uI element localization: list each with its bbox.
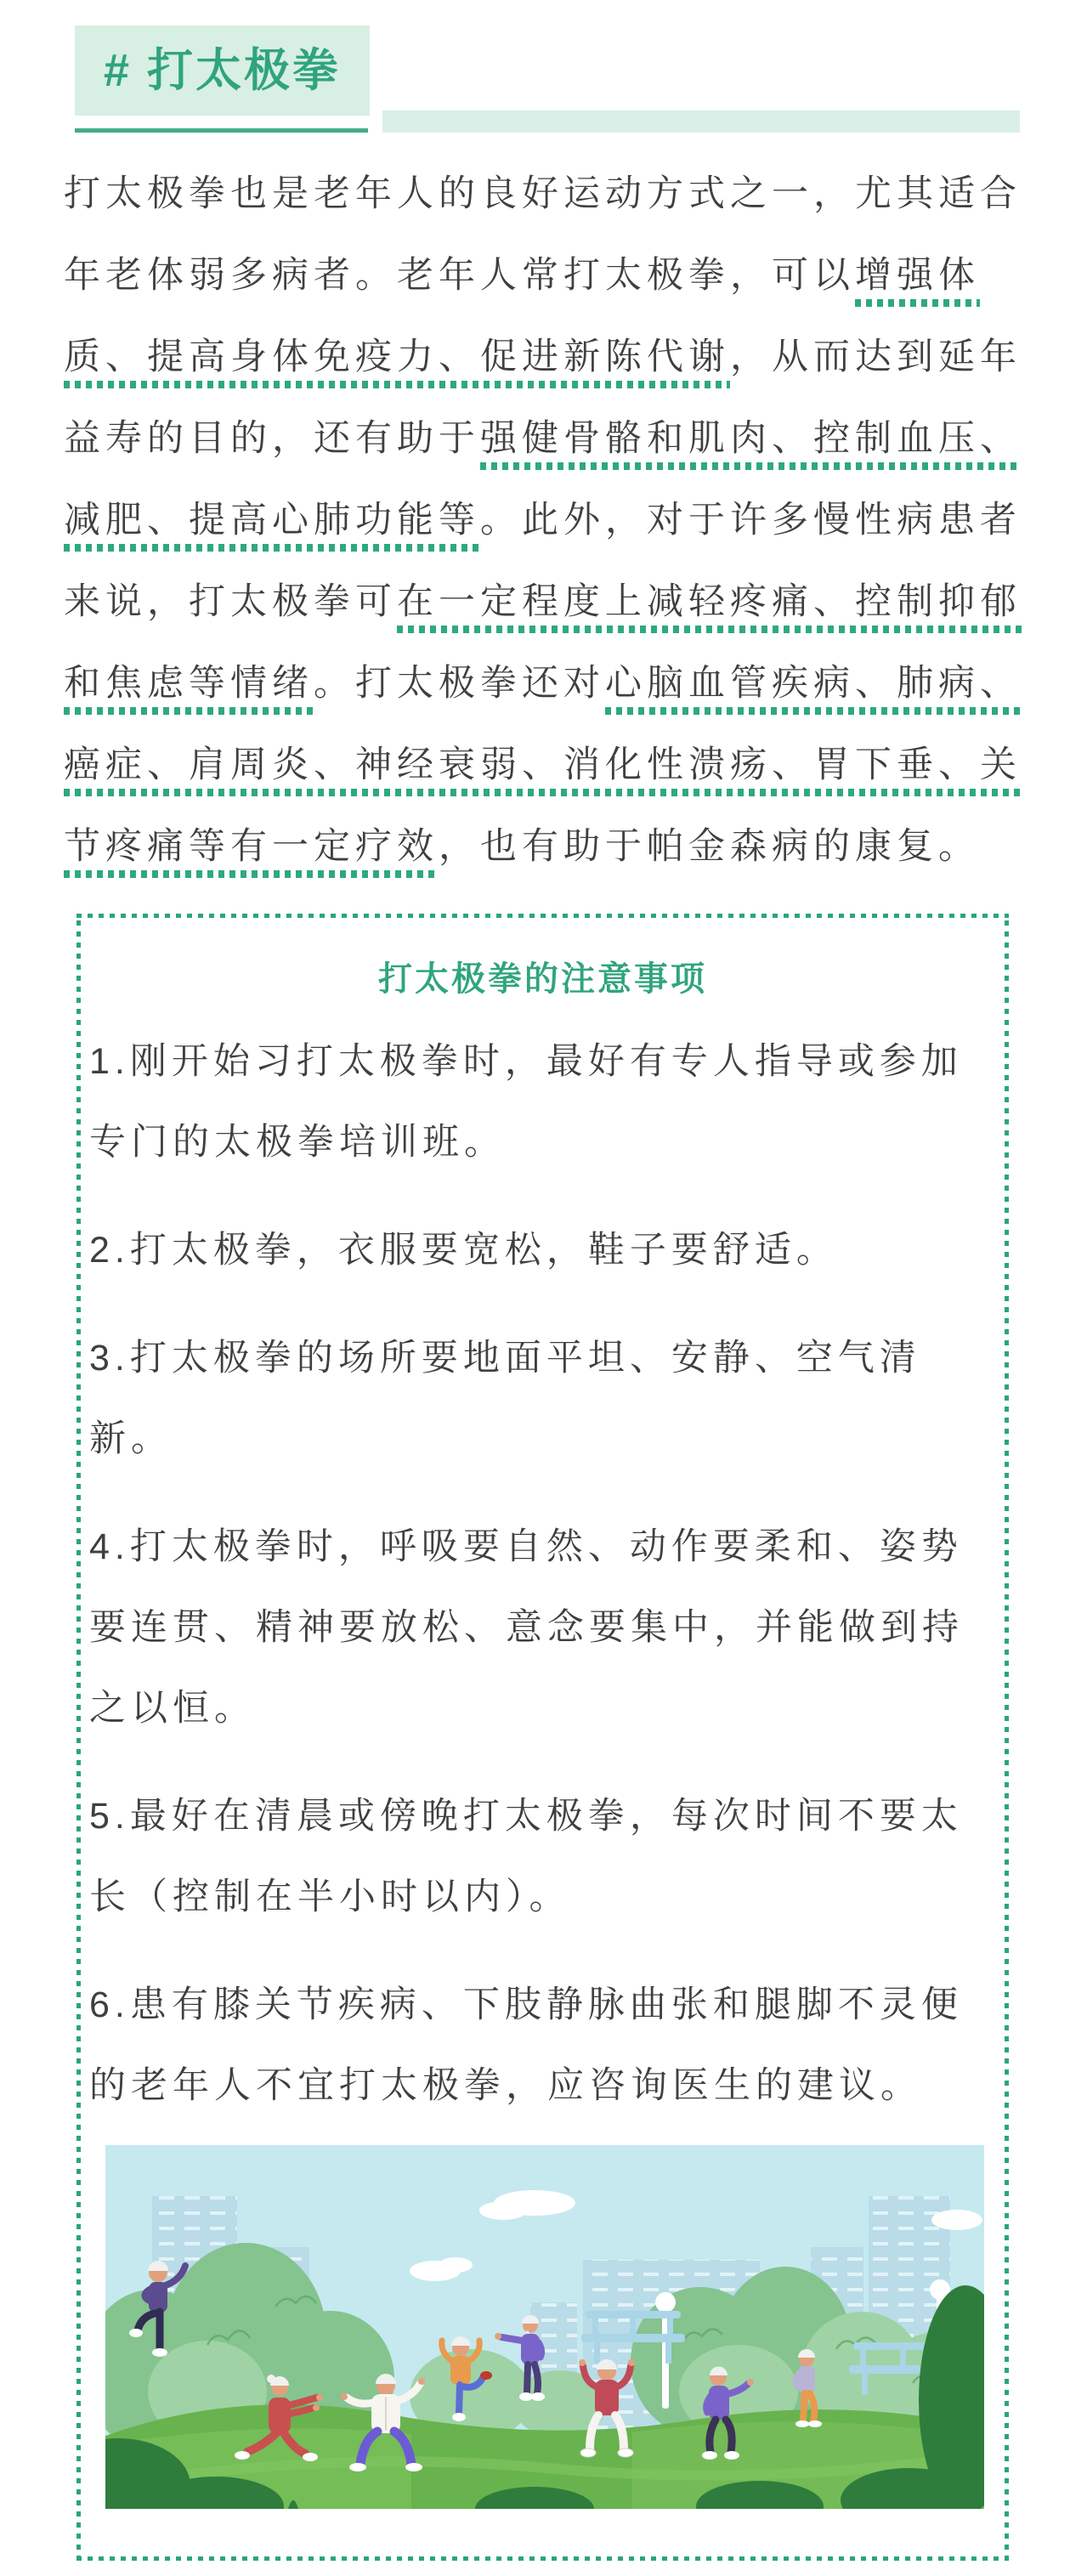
article-line: 打太极拳也是老年人的良好运动方式之一，尤其适合 xyxy=(64,153,1026,235)
underlined-phrase: 节疼痛等有一定疗效 xyxy=(64,826,439,878)
article-paragraph: 打太极拳也是老年人的良好运动方式之一，尤其适合年老体弱多病者。老年人常打太极拳，… xyxy=(64,153,1026,887)
notice-item: 6.患有膝关节疾病、下肢静脉曲张和腿脚不灵便的老年人不宜打太极拳，应咨询医生的建… xyxy=(89,1965,997,2126)
article-page: # 打太极拳 打太极拳也是老年人的良好运动方式之一，尤其适合年老体弱多病者。老年… xyxy=(0,0,1087,2576)
underlined-phrase: 在一定程度上减轻疼痛、控制抑郁 xyxy=(397,581,1022,633)
notice-item-line: 5.最好在清晨或傍晚打太极拳，每次时间不要太 xyxy=(89,1776,997,1857)
text-run: 。此外，对于许多慢性病患者 xyxy=(480,500,1022,541)
park-illustration-svg xyxy=(105,2145,984,2509)
park-illustration xyxy=(105,2145,984,2509)
notice-item-line: 4.打太极拳时，呼吸要自然、动作要柔和、姿势 xyxy=(89,1507,997,1588)
notice-item-line: 专门的太极拳培训班。 xyxy=(89,1102,997,1183)
text-run: 年老体弱多病者。老年人常打太极拳，可以 xyxy=(64,255,855,296)
article-line: 节疼痛等有一定疗效，也有助于帕金森病的康复。 xyxy=(64,806,1026,887)
article-line: 来说，打太极拳可在一定程度上减轻疼痛、控制抑郁 xyxy=(64,561,1026,643)
notice-item: 5.最好在清晨或傍晚打太极拳，每次时间不要太长（控制在半小时以内）。 xyxy=(89,1776,997,1938)
notice-item-line: 2.打太极拳，衣服要宽松，鞋子要舒适。 xyxy=(89,1210,997,1291)
notice-item: 3.打太极拳的场所要地面平坦、安静、空气清新。 xyxy=(89,1318,997,1480)
notice-item-line: 6.患有膝关节疾病、下肢静脉曲张和腿脚不灵便 xyxy=(89,1965,997,2046)
notice-item-line: 之以恒。 xyxy=(89,1668,997,1749)
article-line: 益寿的目的，还有助于强健骨骼和肌肉、控制血压、 xyxy=(64,398,1026,479)
notice-box-title: 打太极拳的注意事项 xyxy=(76,960,1009,998)
notice-item-line: 新。 xyxy=(89,1399,997,1480)
underlined-phrase: 增强体 xyxy=(855,255,980,307)
notice-item-line: 长（控制在半小时以内）。 xyxy=(89,1857,997,1938)
article-line: 和焦虑等情绪。打太极拳还对心脑血管疾病、肺病、 xyxy=(64,643,1026,724)
underlined-phrase: 和焦虑等情绪 xyxy=(64,663,314,715)
text-run: 打太极拳也是老年人的良好运动方式之一，尤其适合 xyxy=(64,173,1022,214)
article-line: 年老体弱多病者。老年人常打太极拳，可以增强体 xyxy=(64,235,1026,316)
notice-item-line: 要连贯、精神要放松、意念要集中，并能做到持 xyxy=(89,1588,997,1668)
underlined-phrase: 减肥、提高心肺功能等 xyxy=(64,500,480,552)
notice-item-line: 1.刚开始习打太极拳时，最好有专人指导或参加 xyxy=(89,1022,997,1102)
underlined-phrase: 心脑血管疾病、肺病、 xyxy=(605,663,1022,715)
notice-item-line: 的老年人不宜打太极拳，应咨询医生的建议。 xyxy=(89,2046,997,2126)
article-line: 癌症、肩周炎、神经衰弱、消化性溃疡、胃下垂、关 xyxy=(64,724,1026,806)
article-line: 质、提高身体免疫力、促进新陈代谢，从而达到延年 xyxy=(64,316,1026,398)
notice-item-line: 3.打太极拳的场所要地面平坦、安静、空气清 xyxy=(89,1318,997,1399)
text-run: 。打太极拳还对 xyxy=(314,663,605,704)
header-decoration-bar xyxy=(382,110,1020,133)
notice-item: 2.打太极拳，衣服要宽松，鞋子要舒适。 xyxy=(89,1210,997,1291)
text-run: 来说，打太极拳可 xyxy=(64,581,397,622)
notice-items: 1.刚开始习打太极拳时，最好有专人指导或参加专门的太极拳培训班。2.打太极拳，衣… xyxy=(89,1022,997,2126)
article-line: 减肥、提高心肺功能等。此外，对于许多慢性病患者 xyxy=(64,479,1026,561)
notice-item: 4.打太极拳时，呼吸要自然、动作要柔和、姿势要连贯、精神要放松、意念要集中，并能… xyxy=(89,1507,997,1749)
underlined-phrase: 强健骨骼和肌肉、控制血压、 xyxy=(480,418,1022,470)
section-header-tag: # 打太极拳 xyxy=(75,25,370,116)
text-run: 益寿的目的，还有助于 xyxy=(64,418,480,459)
text-run: ，从而达到延年 xyxy=(730,337,1022,377)
underlined-phrase: 癌症、肩周炎、神经衰弱、消化性溃疡、胃下垂、关 xyxy=(64,744,1022,796)
text-run: ，也有助于帕金森病的康复。 xyxy=(439,826,980,867)
underlined-phrase: 质、提高身体免疫力、促进新陈代谢 xyxy=(64,337,730,388)
header-underline-bar xyxy=(75,128,368,133)
notice-item: 1.刚开始习打太极拳时，最好有专人指导或参加专门的太极拳培训班。 xyxy=(89,1022,997,1183)
